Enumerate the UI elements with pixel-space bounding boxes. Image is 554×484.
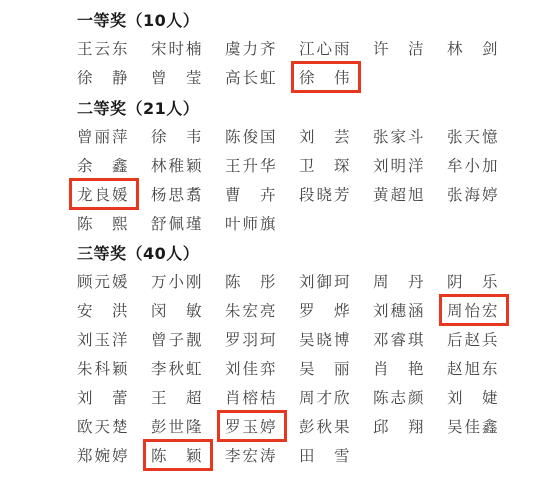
- name-cell: 徐 韦: [151, 123, 213, 151]
- name-cell: 刘 婕: [447, 384, 509, 412]
- highlighted-name-cell: 龙良媛: [77, 181, 139, 209]
- section-title-first-prize: 一等奖（10人）: [77, 8, 199, 31]
- name-cell: 卫 琛: [299, 152, 361, 180]
- name-cell: 叶师旗: [225, 210, 287, 238]
- name-cell: 刘穗涵: [373, 297, 435, 325]
- name-cell: 顾元媛: [77, 268, 139, 296]
- name-cell: 林稚颖: [151, 152, 213, 180]
- name-cell: 彭世隆: [151, 413, 213, 441]
- name-cell: 彭秋果: [299, 413, 361, 441]
- name-cell: 周 丹: [373, 268, 435, 296]
- name-cell: 王升华: [225, 152, 287, 180]
- name-cell: 罗羽珂: [225, 326, 287, 354]
- name-cell: 刘玉洋: [77, 326, 139, 354]
- name-cell: 曹 卉: [225, 181, 287, 209]
- name-cell: 周才欣: [299, 384, 361, 412]
- name-cell: 欧天楚: [77, 413, 139, 441]
- name-cell: 刘佳弈: [225, 355, 287, 383]
- name-cell: 闵 敏: [151, 297, 213, 325]
- name-cell: 吴 丽: [299, 355, 361, 383]
- name-cell: 杨思翥: [151, 181, 213, 209]
- highlighted-name-cell: 罗玉婷: [225, 413, 287, 441]
- name-cell: 黄超旭: [373, 181, 435, 209]
- name-cell: 徐 静: [77, 64, 139, 92]
- name-cell: 陈 彤: [225, 268, 287, 296]
- highlighted-name-cell: 徐 伟: [299, 64, 361, 92]
- name-cell: 高长虹: [225, 64, 287, 92]
- name-cell: 牟小加: [447, 152, 509, 180]
- name-cell: 陈 熙: [77, 210, 139, 238]
- name-cell: 许 洁: [373, 35, 435, 63]
- name-cell: 刘明洋: [373, 152, 435, 180]
- name-cell: 曾子靓: [151, 326, 213, 354]
- highlighted-name-cell: 陈 颖: [151, 442, 213, 470]
- section-title-third-prize: 三等奖（40人）: [77, 241, 199, 264]
- name-cell: 曾 莹: [151, 64, 213, 92]
- section-title-second-prize: 二等奖（21人）: [77, 96, 199, 119]
- name-cell: 李宏涛: [225, 442, 287, 470]
- name-cell: 刘御珂: [299, 268, 361, 296]
- name-cell: 邓睿琪: [373, 326, 435, 354]
- name-cell: 王云东: [77, 35, 139, 63]
- name-cell: 李秋虹: [151, 355, 213, 383]
- name-cell: 舒佩瑾: [151, 210, 213, 238]
- name-cell: 虞力齐: [225, 35, 287, 63]
- name-cell: 郑婉婷: [77, 442, 139, 470]
- name-cell: 余 鑫: [77, 152, 139, 180]
- name-cell: 吴晓博: [299, 326, 361, 354]
- name-cell: 刘 蕾: [77, 384, 139, 412]
- name-cell: 罗 烨: [299, 297, 361, 325]
- name-cell: 刘 芸: [299, 123, 361, 151]
- name-cell: 阴 乐: [447, 268, 509, 296]
- name-cell: 安 洪: [77, 297, 139, 325]
- name-cell: 张家斗: [373, 123, 435, 151]
- name-cell: 张海婷: [447, 181, 509, 209]
- name-cell: 肖 艳: [373, 355, 435, 383]
- name-cell: 江心雨: [299, 35, 361, 63]
- name-cell: 吴佳鑫: [447, 413, 509, 441]
- name-cell: 万小刚: [151, 268, 213, 296]
- name-cell: 后赵兵: [447, 326, 509, 354]
- name-cell: 邱 翔: [373, 413, 435, 441]
- name-cell: 陈志颜: [373, 384, 435, 412]
- name-cell: 曾丽萍: [77, 123, 139, 151]
- name-cell: 朱科颖: [77, 355, 139, 383]
- name-cell: 肖榕桔: [225, 384, 287, 412]
- name-cell: 赵旭东: [447, 355, 509, 383]
- highlighted-name-cell: 周怡宏: [447, 297, 509, 325]
- name-cell: 宋时楠: [151, 35, 213, 63]
- name-cell: 田 雪: [299, 442, 361, 470]
- name-cell: 张天憶: [447, 123, 509, 151]
- name-cell: 朱宏亮: [225, 297, 287, 325]
- name-cell: 王 超: [151, 384, 213, 412]
- name-cell: 段晓芳: [299, 181, 361, 209]
- name-cell: 林 剑: [447, 35, 509, 63]
- name-cell: 陈俊国: [225, 123, 287, 151]
